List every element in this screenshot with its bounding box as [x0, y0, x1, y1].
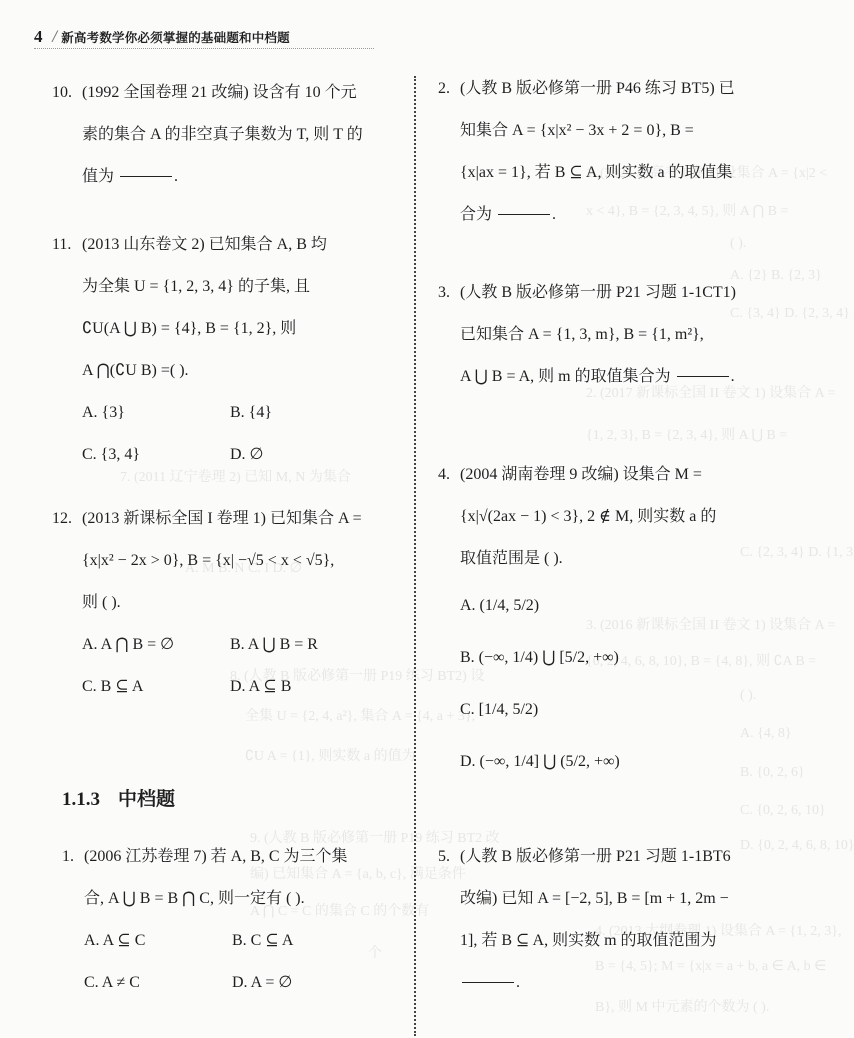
ghost-line: A. {2} B. {2, 3}: [730, 268, 822, 284]
option-b: B. {4}: [230, 392, 380, 434]
question-text: ∁U(A ⋃ B) = {4}, B = {1, 2}, 则: [82, 320, 296, 337]
option-b: B. A ⋃ B = R: [230, 624, 380, 666]
ghost-line: ( ).: [740, 688, 756, 704]
question-text: 取值范围是 ( ).: [460, 550, 563, 567]
page-number: 4: [34, 27, 43, 47]
question-1: 1.(2006 江苏卷理 7) 若 A, B, C 为三个集 合, A ⋃ B …: [62, 836, 382, 1004]
section-heading: 1.1.3中档题: [62, 784, 175, 811]
question-2: 2.(人教 B 版必修第一册 P46 练习 BT5) 已 知集合 A = {x|…: [438, 68, 735, 236]
question-3: 3.(人教 B 版必修第一册 P21 习题 1-1CT1) 已知集合 A = {…: [438, 272, 736, 398]
ghost-line: C. {0, 2, 6, 10}: [740, 803, 826, 819]
question-text: A ⋂(∁U B) =( ).: [82, 362, 189, 379]
option-c: C. B ⊆ A: [82, 666, 230, 708]
option-b: B. (−∞, 1/4) ⋃ [5/2, +∞): [460, 632, 716, 684]
question-number: 5.: [438, 836, 460, 878]
question-text: 素的集合 A 的非空真子集数为 T, 则 T 的: [82, 126, 363, 143]
question-text: 则 ( ).: [82, 594, 121, 611]
question-number: 3.: [438, 272, 460, 314]
option-c: C. {3, 4}: [82, 434, 230, 476]
option-d: D. A = ∅: [232, 962, 382, 1004]
question-number: 1.: [62, 836, 84, 878]
option-a: A. A ⊆ C: [84, 920, 232, 962]
ghost-line: A. {4, 8}: [740, 726, 792, 742]
punctuation: .: [516, 974, 520, 991]
question-text: (2013 山东卷文 2) 已知集合 A, B 均: [82, 236, 327, 253]
question-10: 10.(1992 全国卷理 21 改编) 设含有 10 个元 素的集合 A 的非…: [52, 72, 363, 198]
question-text: {x|√(2ax − 1) < 3}, 2 ∉ M, 则实数 a 的: [460, 508, 716, 525]
section-number: 1.1.3: [62, 789, 100, 810]
question-text: 知集合 A = {x|x² − 3x + 2 = 0}, B =: [460, 122, 694, 139]
question-text: (人教 B 版必修第一册 P21 习题 1-1CT1): [460, 284, 736, 301]
column-divider: [414, 76, 416, 1036]
ghost-line: {1, 2, 3}, B = {2, 3, 4}, 则 A ⋃ B =: [586, 424, 787, 444]
answer-blank: [677, 375, 729, 377]
ghost-line: B. {0, 2, 6}: [740, 765, 805, 781]
question-text: 合, A ⋃ B = B ⋂ C, 则一定有 ( ).: [84, 890, 305, 907]
question-text: (2013 新课标全国 I 卷理 1) 已知集合 A =: [82, 510, 362, 527]
question-4: 4.(2004 湖南卷理 9 改编) 设集合 M = {x|√(2ax − 1)…: [438, 454, 716, 788]
answer-options: A. {3} B. {4} C. {3, 4} D. ∅: [52, 392, 380, 476]
answer-blank: [120, 175, 172, 177]
question-text: (1992 全国卷理 21 改编) 设含有 10 个元: [82, 84, 357, 101]
ghost-line: D. {0, 2, 4, 6, 8, 10}: [740, 838, 854, 854]
ghost-line: C. {2, 3, 4} D. {1, 3, 4}: [740, 545, 854, 561]
header-slash-icon: /: [53, 29, 58, 45]
option-c: C. [1/4, 5/2): [460, 684, 716, 736]
option-b: B. C ⊆ A: [232, 920, 382, 962]
section-title: 中档题: [118, 788, 175, 810]
question-text: {x|ax = 1}, 若 B ⊆ A, 则实数 a 的取值集: [460, 164, 733, 181]
question-number: 4.: [438, 454, 460, 496]
answer-blank: [462, 981, 514, 983]
ghost-line: ( ).: [730, 236, 746, 252]
question-text: {x|x² − 2x > 0}, B = {x| −√5 < x < √5},: [82, 552, 334, 569]
question-number: 11.: [52, 224, 82, 266]
question-text: (人教 B 版必修第一册 P21 习题 1-1BT6: [460, 848, 731, 865]
question-text: 合为: [460, 206, 492, 223]
question-text: 值为: [82, 168, 114, 185]
question-5: 5.(人教 B 版必修第一册 P21 习题 1-1BT6 改编) 已知 A = …: [438, 836, 731, 1004]
running-header: 4 / 新高考数学你必须掌握的基础题和中档题: [34, 26, 374, 49]
question-text: (2004 湖南卷理 9 改编) 设集合 M =: [460, 466, 702, 483]
option-d: D. ∅: [230, 434, 380, 476]
question-number: 2.: [438, 68, 460, 110]
question-text: 1], 若 B ⊆ A, 则实数 m 的取值范围为: [460, 932, 717, 949]
question-number: 12.: [52, 498, 82, 540]
option-c: C. A ≠ C: [84, 962, 232, 1004]
running-title: 新高考数学你必须掌握的基础题和中档题: [61, 28, 290, 46]
punctuation: .: [174, 168, 178, 185]
punctuation: .: [552, 206, 556, 223]
option-a: A. {3}: [82, 392, 230, 434]
question-text: (人教 B 版必修第一册 P46 练习 BT5) 已: [460, 80, 735, 97]
option-d: D. (−∞, 1/4] ⋃ (5/2, +∞): [460, 736, 716, 788]
answer-options: A. A ⋂ B = ∅ B. A ⋃ B = R C. B ⊆ A D. A …: [52, 624, 380, 708]
answer-blank: [498, 213, 550, 215]
question-text: 已知集合 A = {1, 3, m}, B = {1, m²},: [460, 326, 704, 343]
punctuation: .: [731, 368, 735, 385]
answer-options: A. (1/4, 5/2) B. (−∞, 1/4) ⋃ [5/2, +∞) C…: [438, 580, 716, 788]
question-number: 10.: [52, 72, 82, 114]
question-text: (2006 江苏卷理 7) 若 A, B, C 为三个集: [84, 848, 348, 865]
question-11: 11.(2013 山东卷文 2) 已知集合 A, B 均 为全集 U = {1,…: [52, 224, 380, 476]
ghost-line: ∁U A = {1}, 则实数 a 的值为: [245, 745, 416, 765]
question-12: 12.(2013 新课标全国 I 卷理 1) 已知集合 A = {x|x² − …: [52, 498, 380, 708]
ghost-line: C. {3, 4} D. {2, 3, 4}: [730, 306, 850, 322]
option-d: D. A ⊆ B: [230, 666, 380, 708]
option-a: A. A ⋂ B = ∅: [82, 624, 230, 666]
question-text: A ⋃ B = A, 则 m 的取值集合为: [460, 368, 671, 385]
question-text: 为全集 U = {1, 2, 3, 4} 的子集, 且: [82, 278, 310, 295]
option-a: A. (1/4, 5/2): [460, 580, 716, 632]
question-text: 改编) 已知 A = [−2, 5], B = [m + 1, 2m −: [460, 890, 729, 907]
answer-options: A. A ⊆ C B. C ⊆ A C. A ≠ C D. A = ∅: [62, 920, 382, 1004]
